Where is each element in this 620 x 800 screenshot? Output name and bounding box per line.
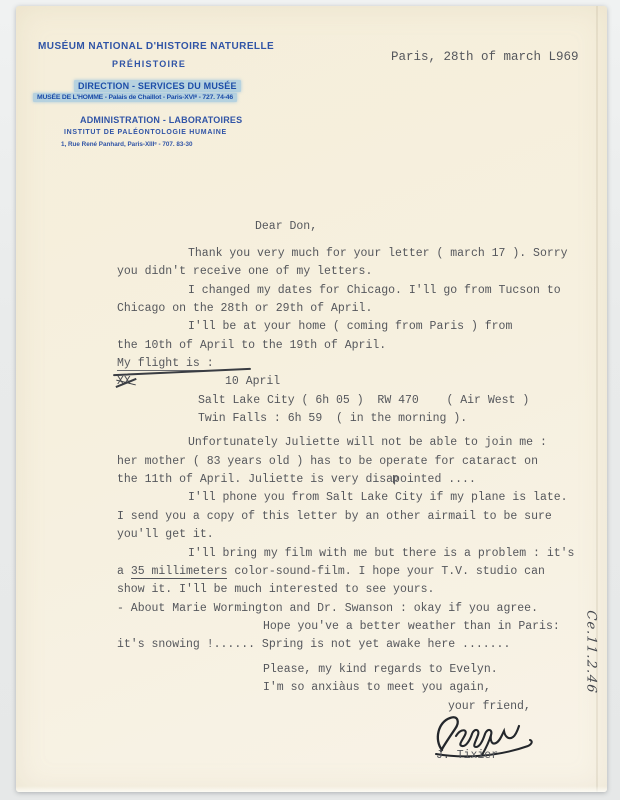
letter-line: show it. I'll be much interested to see … (117, 581, 587, 599)
letter-line: it's snowing !...... Spring is not yet a… (117, 636, 587, 654)
letter-line: Chicago on the 28th or 29th of April. (117, 300, 587, 318)
letter-line: Thank you very much for your letter ( ma… (117, 245, 587, 263)
letter-line: XX10 April (117, 373, 587, 391)
letter-line: Unfortunately Juliette will not be able … (117, 434, 587, 452)
letter-line: Please, my kind regards to Evelyn. (117, 661, 587, 679)
letter-line: I'm so anxiàus to meet you again, (117, 679, 587, 697)
underlined-text: 35 millimeters (131, 565, 228, 579)
letter-line: Hope you've a better weather than in Par… (117, 618, 587, 636)
letter-body: Thank you very much for your letter ( ma… (117, 245, 587, 697)
letter-line: the 10th of April to the 19th of April. (117, 337, 587, 355)
letter-line: Salt Lake City ( 6h 05 ) RW 470 ( Air We… (117, 392, 587, 410)
scan-background: MUSÉUM NATIONAL D'HISTOIRE NATURELLE PRÉ… (0, 0, 620, 800)
letterhead-department: PRÉHISTOIRE (112, 59, 186, 69)
paper-bottom-edge (16, 786, 607, 792)
letterhead-organization: MUSÉUM NATIONAL D'HISTOIRE NATURELLE (38, 41, 274, 52)
letter-line: My flight is : (117, 355, 587, 373)
letterhead-direction-highlighted: DIRECTION - SERVICES DU MUSÉE (74, 80, 241, 92)
letter-line: - About Marie Wormington and Dr. Swanson… (117, 600, 587, 618)
letter-line: I'll phone you from Salt Lake City if my… (117, 489, 587, 507)
letter-line: I changed my dates for Chicago. I'll go … (117, 282, 587, 300)
letterhead-musee-highlighted: MUSÉE DE L'HOMME - Palais de Chaillot - … (33, 93, 237, 102)
margin-note: Ce.11.2.46 (584, 610, 599, 695)
letter-line: the 11th of April. Juliette is very disa… (117, 471, 587, 489)
letter-line: I'll bring my film with me but there is … (117, 545, 587, 563)
underlined-heading: My flight is : (117, 357, 214, 371)
letterhead-administration: ADMINISTRATION - LABORATOIRES (80, 115, 242, 125)
letter-line: I'll be at your home ( coming from Paris… (117, 318, 587, 336)
letter-line: a 35 millimeters color-sound-film. I hop… (117, 563, 587, 581)
letter-line: her mother ( 83 years old ) has to be op… (117, 453, 587, 471)
valediction: your friend, (448, 700, 531, 713)
typed-signature: J. Tixier (436, 749, 498, 762)
letterhead-institut: INSTITUT DE PALÉONTOLOGIE HUMAINE (64, 129, 227, 136)
struck-out-text: XX (117, 373, 131, 391)
letter-line: you'll get it. (117, 526, 587, 544)
letterhead-address: 1, Rue René Panhard, Paris-XIIIᵉ - 707. … (61, 141, 193, 148)
letter-line: Twin Falls : 6h 59 ( in the morning ). (117, 410, 587, 428)
letter-line: you didn't receive one of my letters. (117, 263, 587, 281)
flight-date: 10 April (225, 373, 280, 391)
salutation: Dear Don, (255, 220, 317, 233)
date-line: Paris, 28th of march L969 (391, 50, 579, 64)
letter-line: I send you a copy of this letter by an o… (117, 508, 587, 526)
inserted-letter: p (392, 470, 399, 488)
